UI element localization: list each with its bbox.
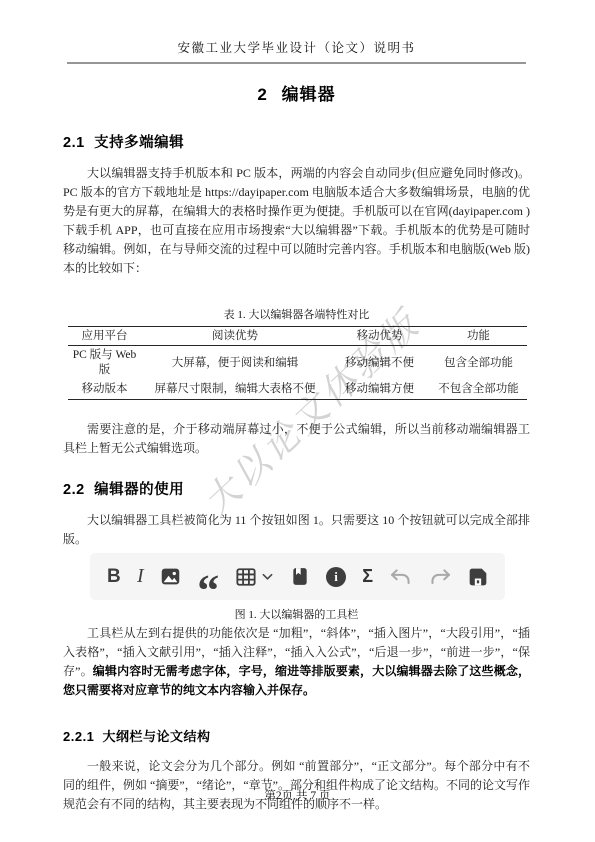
insert-table-group	[235, 567, 273, 587]
table-header-cell: 阅读优势	[141, 327, 329, 346]
info-icon: i	[326, 567, 346, 587]
table-cell: 包含全部功能	[430, 346, 527, 381]
figure-caption: 图 1. 大以编辑器的工具栏	[63, 606, 530, 622]
table-caption: 表 1. 大以编辑器各端特性对比	[63, 306, 530, 322]
table-cell: PC 版与 Web 版	[68, 346, 141, 381]
running-header: 安徽工业大学毕业设计（论文）说明书	[67, 38, 526, 64]
table-cell: 移动编辑方便	[329, 380, 430, 400]
page-number: 第2页 共 7 页	[0, 787, 595, 803]
save-icon	[468, 567, 488, 587]
section-heading-2-2-1: 2.2.1 大纲栏与论文结构	[63, 726, 530, 745]
table-cell: 移动版本	[68, 380, 141, 400]
redo-icon	[429, 568, 452, 586]
undo-icon	[389, 568, 412, 586]
table-icon	[235, 567, 257, 587]
table-header-cell: 功能	[430, 327, 527, 346]
document-page: 大以论文体验版 安徽工业大学毕业设计（论文）说明书 2 编辑器 2.1 支持多端…	[0, 0, 595, 842]
table-cell: 不包含全部功能	[430, 380, 527, 400]
insert-image-icon	[160, 566, 181, 587]
paragraph: 大以编辑器工具栏被简化为 11 个按钮如图 1。只需要这 10 个按钮就可以完成…	[63, 511, 530, 549]
bold-icon: B	[107, 566, 121, 588]
editor-toolbar-figure: B I “	[90, 553, 505, 600]
formula-sigma-icon: Σ	[362, 566, 373, 587]
table-header-row: 应用平台 阅读优势 移动优势 功能	[68, 327, 527, 346]
section-heading-2-1: 2.1 支持多端编辑	[63, 131, 530, 152]
table-row: 移动版本 屏幕尺寸限制，编辑大表格不便 移动编辑方便 不包含全部功能	[68, 380, 527, 400]
table-header-cell: 应用平台	[68, 327, 141, 346]
toolbar-description-bold-text: 编辑内容时无需考虑字体，字号，缩进等排版要素，大以编辑器去除了这些概念，您只需要…	[63, 664, 530, 697]
table-cell: 移动编辑不便	[329, 346, 430, 381]
table-header-cell: 移动优势	[329, 327, 430, 346]
table-row: PC 版与 Web 版 大屏幕，便于阅读和编辑 移动编辑不便 包含全部功能	[68, 346, 527, 381]
citation-book-icon	[290, 566, 310, 587]
table-cell: 屏幕尺寸限制，编辑大表格不便	[141, 380, 329, 400]
chevron-down-icon	[262, 573, 273, 581]
table-cell: 大屏幕，便于阅读和编辑	[141, 346, 329, 381]
paragraph: 工具栏从左到右提供的功能依次是 “加粗”，“斜体”，“插入图片”，“大段引用”，…	[63, 624, 530, 700]
paragraph: 一般来说，论文会分为几个部分。例如 “前置部分”，“正文部分”。每个部分中有不同…	[63, 757, 530, 814]
section-heading-2-2: 2.2 编辑器的使用	[63, 478, 530, 499]
paragraph: 需要注意的是，介于移动端屏幕过小，不便于公式编辑，所以当前移动端编辑器工具栏上暂…	[63, 420, 530, 458]
italic-icon: I	[137, 565, 144, 588]
page-content: 安徽工业大学毕业设计（论文）说明书 2 编辑器 2.1 支持多端编辑 大以编辑器…	[0, 0, 595, 814]
chapter-title: 2 编辑器	[63, 80, 530, 105]
comparison-table: 应用平台 阅读优势 移动优势 功能 PC 版与 Web 版 大屏幕，便于阅读和编…	[68, 326, 527, 400]
paragraph: 大以编辑器支持手机版本和 PC 版本，两端的内容会自动同步(但应避免同时修改)。…	[63, 164, 530, 278]
